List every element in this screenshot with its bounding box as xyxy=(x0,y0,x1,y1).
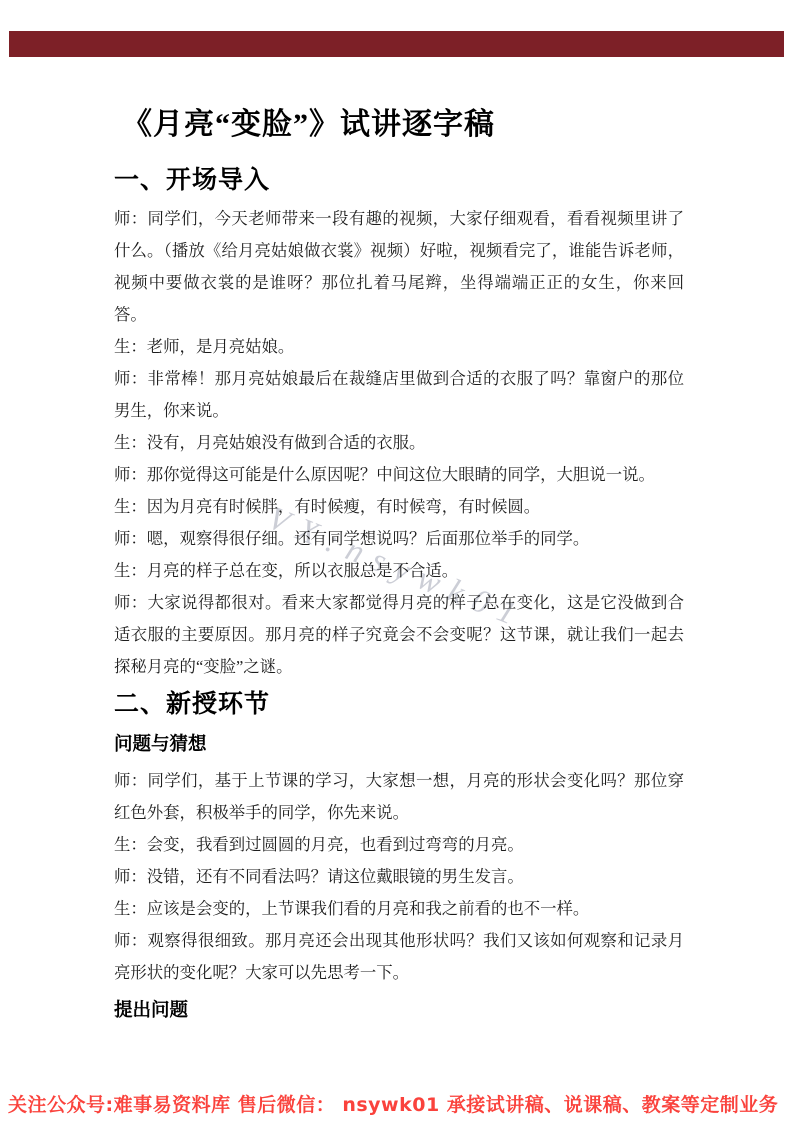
dialogue-paragraph: 生：因为月亮有时候胖，有时候瘦，有时候弯，有时候圆。 xyxy=(114,491,684,523)
document-content: 《月亮“变脸”》试讲逐字稿 一、开场导入 师：同学们，今天老师带来一段有趣的视频… xyxy=(114,0,684,1023)
section-heading-new-lesson: 二、新授环节 xyxy=(114,687,684,721)
dialogue-paragraph: 师：嗯，观察得很仔细。还有同学想说吗？后面那位举手的同学。 xyxy=(114,523,684,555)
section-new-lesson-paragraphs: 师：同学们，基于上节课的学习，大家想一想，月亮的形状会变化吗？那位穿红色外套，积… xyxy=(114,765,684,989)
subheading-questions-and-guesses: 问题与猜想 xyxy=(114,733,684,757)
dialogue-paragraph: 师：观察得很细致。那月亮还会出现其他形状吗？我们又该如何观察和记录月亮形状的变化… xyxy=(114,925,684,989)
dialogue-paragraph: 生：没有，月亮姑娘没有做到合适的衣服。 xyxy=(114,427,684,459)
footer-promo-text: 关注公众号:难事易资料库 售后微信： nsywk01 承接试讲稿、说课稿、教案等… xyxy=(8,1093,789,1117)
dialogue-paragraph: 师：大家说得都很对。看来大家都觉得月亮的样子总在变化，这是它没做到合适衣服的主要… xyxy=(114,587,684,683)
dialogue-paragraph: 生：会变，我看到过圆圆的月亮，也看到过弯弯的月亮。 xyxy=(114,829,684,861)
page-title: 《月亮“变脸”》试讲逐字稿 xyxy=(122,103,684,147)
section-heading-opening: 一、开场导入 xyxy=(114,163,684,197)
dialogue-paragraph: 生：老师，是月亮姑娘。 xyxy=(114,331,684,363)
dialogue-paragraph: 师：没错，还有不同看法吗？请这位戴眼镜的男生发言。 xyxy=(114,861,684,893)
section-opening-paragraphs: 师：同学们，今天老师带来一段有趣的视频，大家仔细观看，看看视频里讲了什么。（播放… xyxy=(114,203,684,683)
dialogue-paragraph: 生：应该是会变的，上节课我们看的月亮和我之前看的也不一样。 xyxy=(114,893,684,925)
document-page: VX:nsywk01 《月亮“变脸”》试讲逐字稿 一、开场导入 师：同学们，今天… xyxy=(0,0,793,1122)
dialogue-paragraph: 师：同学们，基于上节课的学习，大家想一想，月亮的形状会变化吗？那位穿红色外套，积… xyxy=(114,765,684,829)
dialogue-paragraph: 生：月亮的样子总在变，所以衣服总是不合适。 xyxy=(114,555,684,587)
dialogue-paragraph: 师：非常棒！那月亮姑娘最后在裁缝店里做到合适的衣服了吗？靠窗户的那位男生，你来说… xyxy=(114,363,684,427)
dialogue-paragraph: 师：那你觉得这可能是什么原因呢？中间这位大眼睛的同学，大胆说一说。 xyxy=(114,459,684,491)
dialogue-paragraph: 师：同学们，今天老师带来一段有趣的视频，大家仔细观看，看看视频里讲了什么。（播放… xyxy=(114,203,684,331)
subheading-raise-question: 提出问题 xyxy=(114,999,684,1023)
